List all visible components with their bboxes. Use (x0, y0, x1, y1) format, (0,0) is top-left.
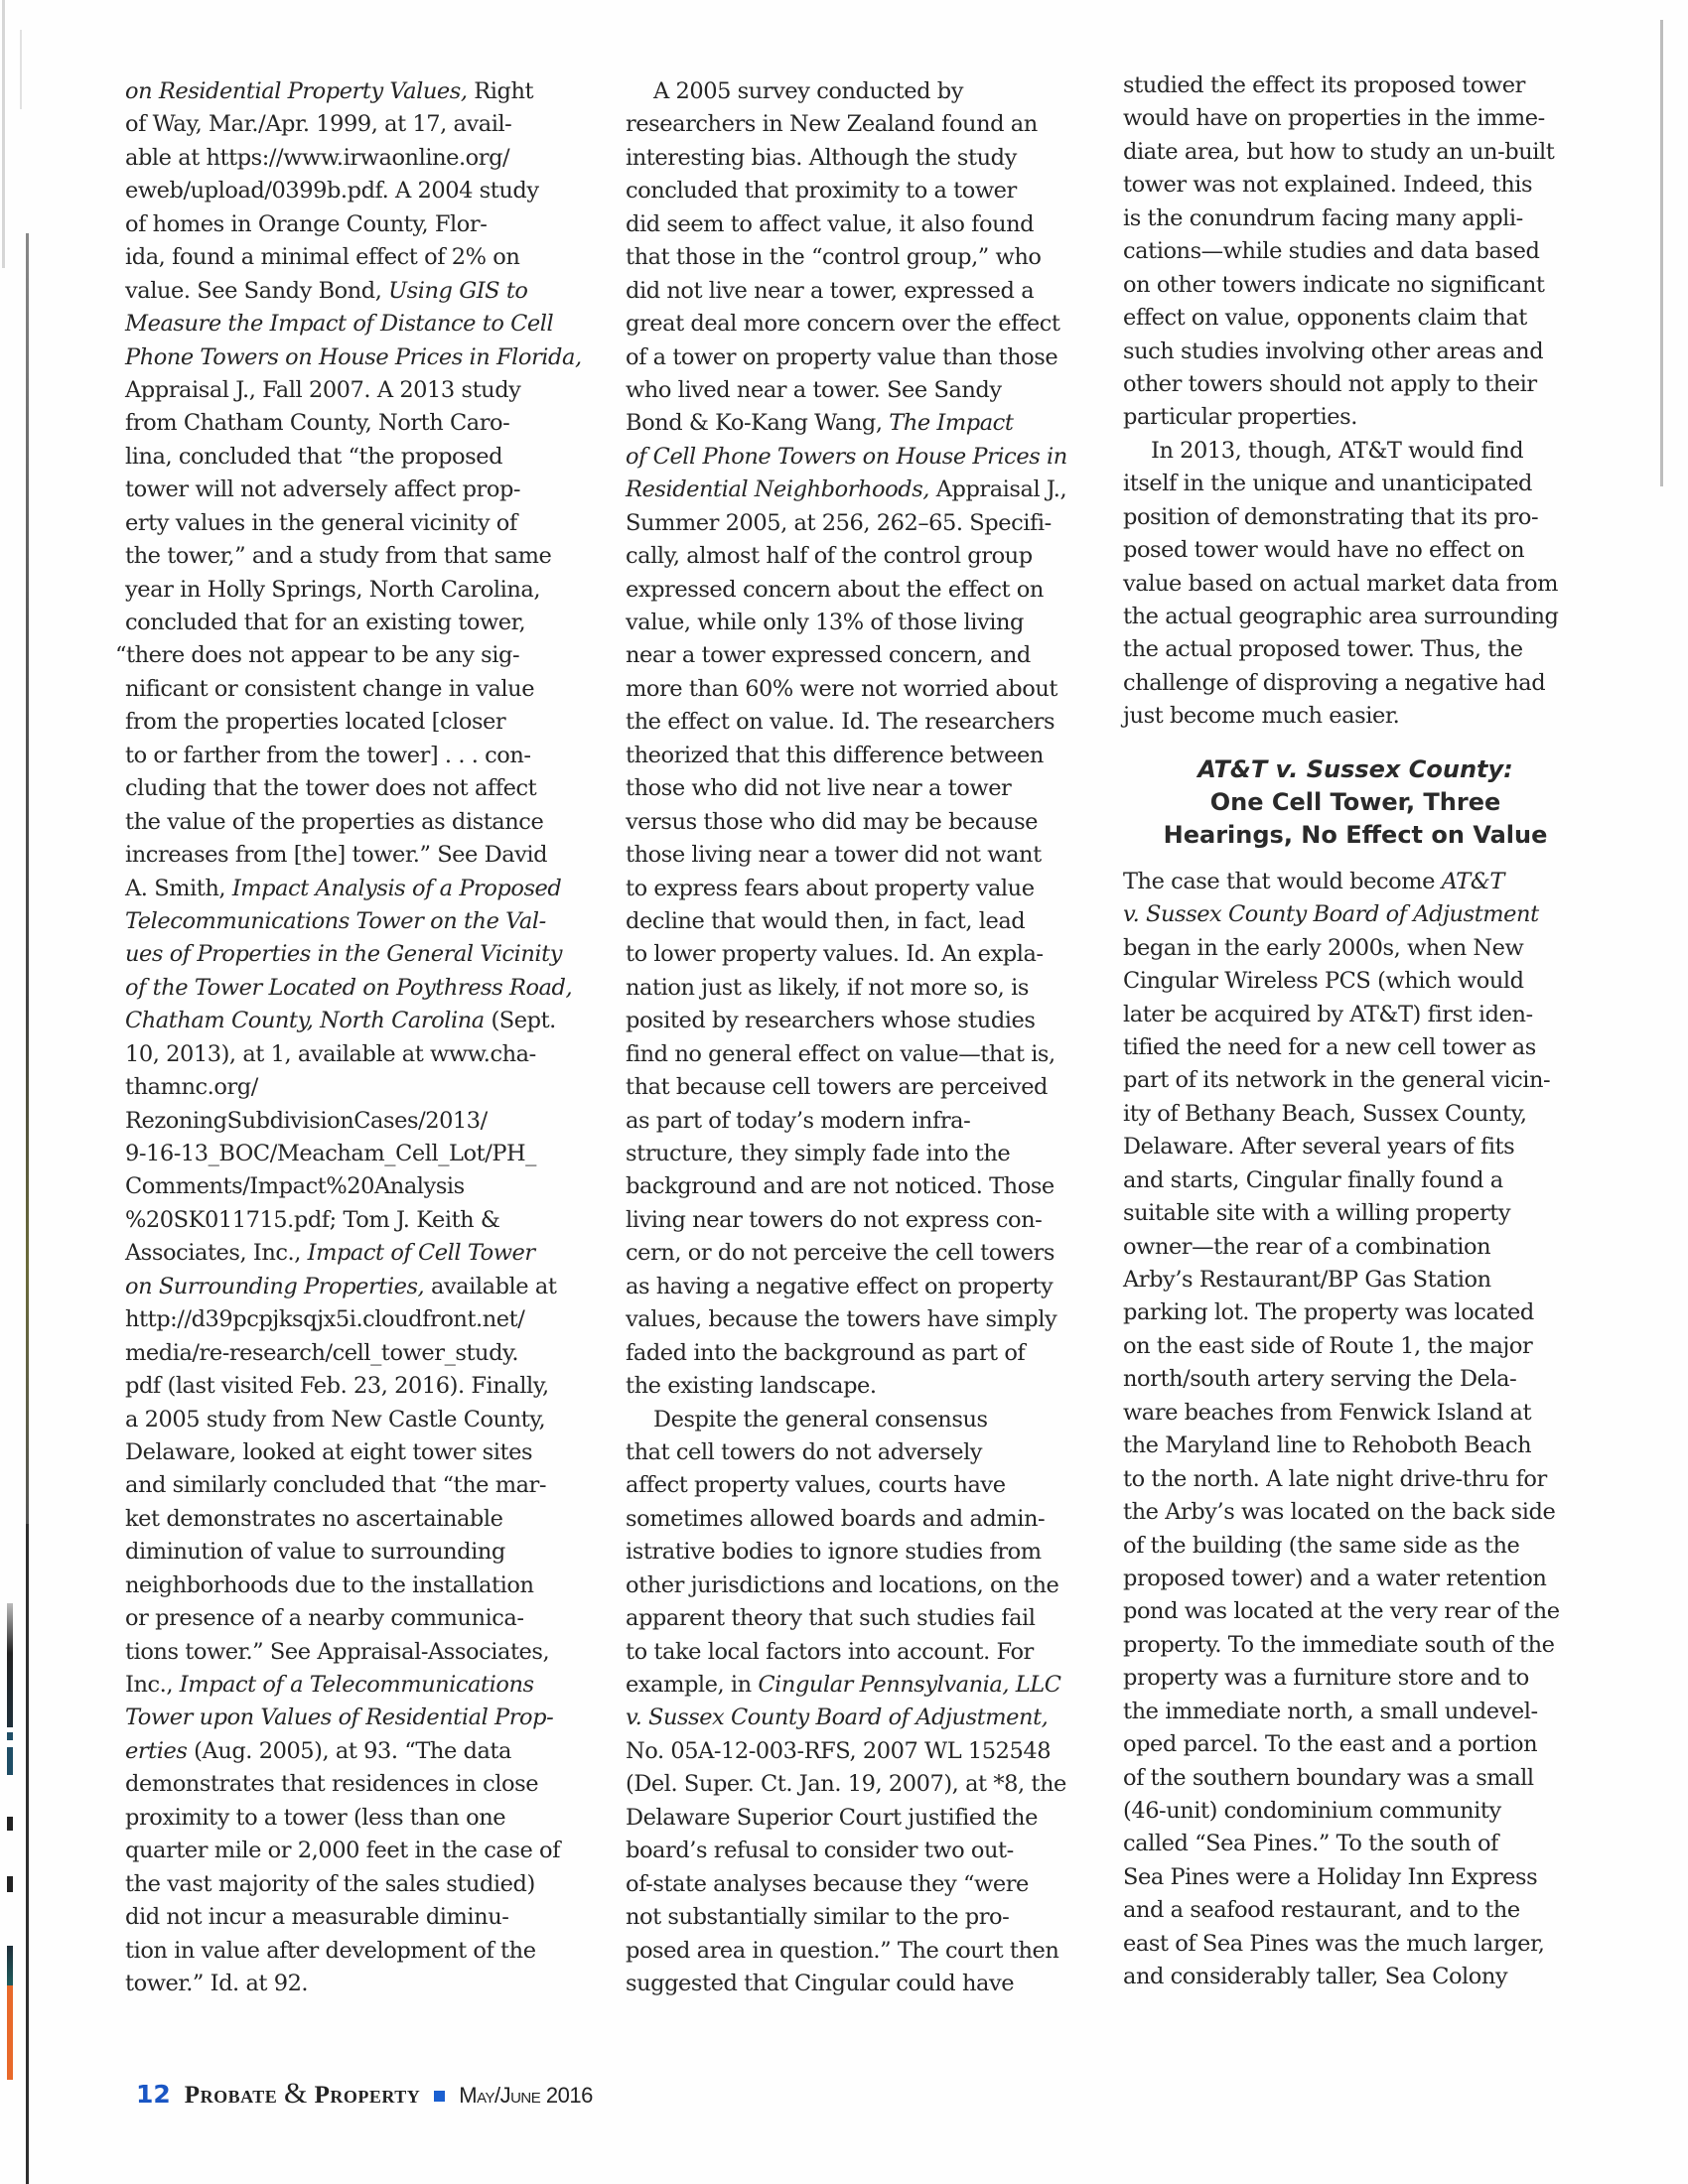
body-text: In 2013, though, AT&T would find (1151, 438, 1523, 464)
body-text: as having a negative effect on property (626, 1274, 1053, 1299)
text-line: diminution of value to surrounding (125, 1536, 592, 1569)
body-text: later be acquired by AT&T) first iden- (1123, 1002, 1533, 1027)
text-line: affect property values, courts have (626, 1469, 1092, 1502)
magazine-title-part-1: Probate (185, 2082, 277, 2109)
text-line: that because cell towers are perceived (626, 1071, 1092, 1104)
text-line: tion in value after development of the (125, 1935, 592, 1968)
text-line: the actual geographic area surrounding (1123, 601, 1600, 633)
italic-citation-text: erties (125, 1738, 187, 1764)
body-text: istrative bodies to ignore studies from (626, 1539, 1042, 1565)
body-text: the actual geographic area surrounding (1123, 604, 1559, 629)
body-text: posed tower would have no effect on (1123, 537, 1524, 563)
body-text: those who did not live near a tower (626, 775, 1011, 801)
body-text: 10, 2013), at 1, available at www.cha- (125, 1041, 536, 1067)
text-line: on other towers indicate no significant (1123, 269, 1600, 302)
italic-citation-text: Measure the Impact of Distance to Cell (125, 311, 553, 337)
body-text: to or farther from the tower] . . . con- (125, 743, 531, 768)
body-text: quarter mile or 2,000 feet in the case o… (125, 1838, 560, 1863)
body-text: tified the need for a new cell tower as (1123, 1034, 1536, 1060)
body-text: such studies involving other areas and (1123, 339, 1543, 364)
text-column-middle: A 2005 survey conducted byresearchers in… (626, 75, 1092, 2000)
text-line: the effect on value. Id. The researchers (626, 706, 1092, 739)
text-line: Chatham County, North Carolina (Sept. (125, 1005, 592, 1037)
text-line: media/re-research/cell_tower_study. (125, 1337, 592, 1370)
text-line: The case that would become AT&T (1123, 866, 1600, 898)
body-text: did not live near a tower, expressed a (626, 278, 1034, 304)
text-line: the value of the properties as distance (125, 806, 592, 839)
binding-edge-line (26, 1524, 29, 2184)
separator-square-icon (434, 2091, 445, 2102)
text-line: diate area, but how to study an un-built (1123, 136, 1600, 169)
text-line: the Arby’s was located on the back side (1123, 1496, 1600, 1529)
text-line: and considerably taller, Sea Colony (1123, 1961, 1600, 1993)
body-text: other towers should not apply to their (1123, 371, 1537, 397)
text-line: interesting bias. Although the study (626, 142, 1092, 175)
text-line: of-state analyses because they “were (626, 1868, 1092, 1901)
body-text: of-state analyses because they “were (626, 1871, 1029, 1897)
body-text: thamnc.org/ (125, 1074, 258, 1100)
text-line: not substantially similar to the pro- (626, 1901, 1092, 1934)
text-line: suitable site with a willing property (1123, 1197, 1600, 1230)
text-line: effect on value, opponents claim that (1123, 302, 1600, 335)
text-line: from Chatham County, North Caro- (125, 407, 592, 440)
text-line: thamnc.org/ (125, 1071, 592, 1104)
text-line: cations—while studies and data based (1123, 235, 1600, 268)
body-text: and considerably taller, Sea Colony (1123, 1964, 1507, 1989)
text-line: RezoningSubdivisionCases/2013/ (125, 1105, 592, 1138)
magazine-page: on Residential Property Values, Rightof … (0, 0, 1688, 2184)
section-heading-line-2: One Cell Tower, Three (1117, 786, 1594, 819)
body-text: position of demonstrating that its pro- (1123, 504, 1538, 530)
italic-citation-text: Residential Neighborhoods, (626, 477, 929, 502)
page-number: 12 (136, 2080, 171, 2109)
body-text: tower.” Id. at 92. (125, 1971, 308, 1996)
text-line: just become much easier. (1123, 700, 1600, 733)
italic-citation-text: v. Sussex County Board of Adjustment (1123, 901, 1539, 927)
italic-citation-text: on Surrounding Properties, (125, 1274, 424, 1299)
italic-citation-text: Cingular Pennsylvania, LLC (758, 1672, 1060, 1698)
body-text: the existing landscape. (626, 1373, 877, 1399)
body-text: researchers in New Zealand found an (626, 111, 1038, 137)
text-line: to lower property values. Id. An expla- (626, 938, 1092, 971)
text-line: tions tower.” See Appraisal-Associates, (125, 1636, 592, 1669)
text-line: Summer 2005, at 256, 262–65. Specifi- (626, 507, 1092, 540)
text-line: the immediate north, a small undevel- (1123, 1696, 1600, 1728)
text-line: more than 60% were not worried about (626, 673, 1092, 706)
body-text: challenge of disproving a negative had (1123, 670, 1545, 696)
text-line: value based on actual market data from (1123, 568, 1600, 601)
body-text: nificant or consistent change in value (125, 676, 534, 702)
body-text: part of its network in the general vicin… (1123, 1067, 1550, 1093)
body-text: north/south artery serving the Dela- (1123, 1366, 1516, 1392)
section-heading-line-3: Hearings, No Effect on Value (1117, 819, 1594, 852)
body-text: increases from [the] tower.” See David (125, 842, 547, 868)
body-text: concluded that for an existing tower, (125, 610, 525, 635)
text-line: proposed tower) and a water retention (1123, 1563, 1600, 1595)
italic-citation-text: The Impact (889, 410, 1013, 436)
body-text: did not incur a measurable diminu- (125, 1904, 508, 1930)
body-text: diminution of value to surrounding (125, 1539, 505, 1565)
text-line: began in the early 2000s, when New (1123, 932, 1600, 965)
body-text: tion in value after development of the (125, 1938, 536, 1964)
body-text: (Del. Super. Ct. Jan. 19, 2007), at *8, … (626, 1771, 1066, 1797)
text-line: Sea Pines were a Holiday Inn Express (1123, 1861, 1600, 1894)
text-line: Appraisal J., Fall 2007. A 2013 study (125, 374, 592, 407)
italic-citation-text: on Residential Property Values, (125, 78, 468, 104)
body-text: apparent theory that such studies fail (626, 1605, 1036, 1631)
text-line: (46-unit) condominium community (1123, 1795, 1600, 1828)
text-line: researchers in New Zealand found an (626, 108, 1092, 141)
body-text: tower was not explained. Indeed, this (1123, 172, 1532, 198)
text-line: versus those who did may be because (626, 806, 1092, 839)
text-line: increases from [the] tower.” See David (125, 839, 592, 872)
text-line: and similarly concluded that “the mar- (125, 1469, 592, 1502)
body-text: sometimes allowed boards and admin- (626, 1506, 1045, 1532)
body-text: called “Sea Pines.” To the south of (1123, 1831, 1498, 1856)
text-line: studied the effect its proposed tower (1123, 69, 1600, 102)
text-line: istrative bodies to ignore studies from (626, 1536, 1092, 1569)
body-text: and a seafood restaurant, and to the (1123, 1897, 1520, 1923)
body-text: on other towers indicate no significant (1123, 272, 1544, 298)
text-line: In 2013, though, AT&T would find (1123, 435, 1600, 468)
text-line: decline that would then, in fact, lead (626, 905, 1092, 938)
text-line: A. Smith, Impact Analysis of a Proposed (125, 873, 592, 905)
text-line: nation just as likely, if not more so, i… (626, 972, 1092, 1005)
body-text: Cingular Wireless PCS (which would (1123, 968, 1524, 994)
body-text: concluded that proximity to a tower (626, 178, 1017, 204)
magazine-title: Probate & Property (185, 2077, 420, 2111)
text-line: of Way, Mar./Apr. 1999, at 17, avail- (125, 108, 592, 141)
text-line: erty values in the general vicinity of (125, 507, 592, 540)
body-text: near a tower expressed concern, and (626, 642, 1031, 668)
body-text: Delaware Superior Court justified the (626, 1805, 1038, 1831)
text-line: Delaware, looked at eight tower sites (125, 1436, 592, 1469)
text-line: north/south artery serving the Dela- (1123, 1363, 1600, 1396)
body-text: example, in (626, 1672, 758, 1698)
body-text: and similarly concluded that “the mar- (125, 1472, 546, 1498)
italic-citation-text: Using GIS to (388, 278, 527, 304)
text-line: proximity to a tower (less than one (125, 1802, 592, 1835)
text-line: who lived near a tower. See Sandy (626, 374, 1092, 407)
body-text: Comments/Impact%20Analysis (125, 1173, 465, 1199)
text-line: as having a negative effect on property (626, 1271, 1092, 1303)
text-line: Telecommunications Tower on the Val- (125, 905, 592, 938)
body-text: proposed tower) and a water retention (1123, 1566, 1546, 1591)
text-line: nificant or consistent change in value (125, 673, 592, 706)
body-text: Despite the general consensus (653, 1407, 988, 1433)
body-text: find no general effect on value—that is, (626, 1041, 1055, 1067)
text-line: find no general effect on value—that is, (626, 1038, 1092, 1071)
body-text: not substantially similar to the pro- (626, 1904, 1009, 1930)
text-line: eweb/upload/0399b.pdf. A 2004 study (125, 175, 592, 207)
text-line: other towers should not apply to their (1123, 368, 1600, 401)
text-line: would have on properties in the imme- (1123, 102, 1600, 135)
text-line: east of Sea Pines was the much larger, (1123, 1928, 1600, 1961)
body-text: that cell towers do not adversely (626, 1439, 982, 1465)
body-text: available at (424, 1274, 556, 1299)
color-registration-mark (7, 1747, 13, 1775)
body-text: A 2005 survey conducted by (653, 78, 963, 104)
text-line: later be acquired by AT&T) first iden- (1123, 999, 1600, 1031)
body-text: value. See Sandy Bond, (125, 278, 388, 304)
italic-citation-text: Chatham County, North Carolina (125, 1008, 485, 1033)
text-column-right: studied the effect its proposed towerwou… (1123, 69, 1600, 1994)
body-text: that because cell towers are perceived (626, 1074, 1048, 1100)
body-text: of a tower on property value than those (626, 344, 1057, 370)
text-line: other jurisdictions and locations, on th… (626, 1570, 1092, 1602)
body-text: erty values in the general vicinity of (125, 510, 517, 536)
body-text: (Aug. 2005), at 93. “The data (187, 1738, 511, 1764)
text-line: great deal more concern over the effect (626, 308, 1092, 341)
body-text: those living near a tower did not want (626, 842, 1042, 868)
text-line: year in Holly Springs, North Carolina, (125, 574, 592, 607)
body-text: owner—the rear of a combination (1123, 1234, 1490, 1260)
color-registration-mark (7, 1603, 13, 1727)
text-line: v. Sussex County Board of Adjustment, (626, 1702, 1092, 1734)
body-text: expressed concern about the effect on (626, 577, 1044, 603)
text-line: posited by researchers whose studies (626, 1005, 1092, 1037)
italic-citation-text: Phone Towers on House Prices in Florida, (125, 344, 582, 370)
right-column-section-body: The case that would become AT&Tv. Sussex… (1123, 866, 1600, 1994)
scan-right-edge (1660, 20, 1663, 486)
body-text: versus those who did may be because (626, 809, 1038, 835)
body-text: did seem to affect value, it also found (626, 211, 1034, 237)
body-text: began in the early 2000s, when New (1123, 935, 1523, 961)
text-line: ket demonstrates no ascertainable (125, 1503, 592, 1536)
body-text: other jurisdictions and locations, on th… (626, 1572, 1058, 1598)
text-line: to or farther from the tower] . . . con- (125, 740, 592, 772)
text-line: ida, found a minimal effect of 2% on (125, 241, 592, 274)
text-line: those living near a tower did not want (626, 839, 1092, 872)
text-line: 9-16-13_BOC/Meacham_Cell_Lot/PH_ (125, 1138, 592, 1170)
text-line: oped parcel. To the east and a portion (1123, 1728, 1600, 1761)
body-text: the actual proposed tower. Thus, the (1123, 636, 1523, 662)
text-line: challenge of disproving a negative had (1123, 667, 1600, 700)
body-text: demonstrates that residences in close (125, 1771, 538, 1797)
text-line: Tower upon Values of Residential Prop- (125, 1702, 592, 1734)
body-text: a 2005 study from New Castle County, (125, 1407, 545, 1433)
body-text: eweb/upload/0399b.pdf. A 2004 study (125, 178, 539, 204)
text-line: value. See Sandy Bond, Using GIS to (125, 275, 592, 308)
text-line: living near towers do not express con- (626, 1204, 1092, 1237)
body-text: as part of today’s modern infra- (626, 1108, 970, 1134)
body-text: Inc., (125, 1672, 180, 1698)
text-line: A 2005 survey conducted by (626, 75, 1092, 108)
text-line: Despite the general consensus (626, 1404, 1092, 1436)
text-line: “there does not appear to be any sig- (115, 639, 592, 672)
text-line: lina, concluded that “the proposed (125, 441, 592, 474)
text-line: itself in the unique and unanticipated (1123, 468, 1600, 500)
body-text: theorized that this difference between (626, 743, 1044, 768)
text-line: Phone Towers on House Prices in Florida, (125, 341, 592, 374)
text-line: of the building (the same side as the (1123, 1530, 1600, 1563)
text-line: and a seafood restaurant, and to the (1123, 1894, 1600, 1927)
text-line: of the Tower Located on Poythress Road, (125, 972, 592, 1005)
color-registration-mark (7, 1876, 13, 1892)
text-line: of homes in Orange County, Flor- (125, 208, 592, 241)
issue-date: May/June 2016 (459, 2083, 593, 2109)
body-text: is the conundrum facing many appli- (1123, 205, 1523, 231)
text-line: property was a furniture store and to (1123, 1662, 1600, 1695)
body-text: studied the effect its proposed tower (1123, 72, 1525, 98)
body-text: board’s refusal to consider two out- (626, 1838, 1014, 1863)
text-line: structure, they simply fade into the (626, 1138, 1092, 1170)
section-heading: AT&T v. Sussex County: One Cell Tower, T… (1123, 734, 1600, 866)
text-line: a 2005 study from New Castle County, (125, 1404, 592, 1436)
body-text: cations—while studies and data based (1123, 238, 1539, 264)
body-text: RezoningSubdivisionCases/2013/ (125, 1108, 488, 1134)
body-text: living near towers do not express con- (626, 1207, 1042, 1233)
body-text: itself in the unique and unanticipated (1123, 471, 1532, 496)
text-line: posed tower would have no effect on (1123, 534, 1600, 567)
text-line: to take local factors into account. For (626, 1636, 1092, 1669)
text-line: tower was not explained. Indeed, this (1123, 169, 1600, 202)
text-line: http://d39pcpjksqjx5i.cloudfront.net/ (125, 1303, 592, 1336)
body-text: effect on value, opponents claim that (1123, 305, 1527, 331)
body-text: nation just as likely, if not more so, i… (626, 975, 1029, 1001)
body-text: east of Sea Pines was the much larger, (1123, 1931, 1545, 1957)
text-line: owner—the rear of a combination (1123, 1231, 1600, 1264)
text-line: Cingular Wireless PCS (which would (1123, 965, 1600, 998)
body-text: more than 60% were not worried about (626, 676, 1057, 702)
body-text: who lived near a tower. See Sandy (626, 377, 1002, 403)
body-text: ket demonstrates no ascertainable (125, 1506, 503, 1532)
body-text: value, while only 13% of those living (626, 610, 1024, 635)
text-line: theorized that this difference between (626, 740, 1092, 772)
text-line: Comments/Impact%20Analysis (125, 1170, 592, 1203)
body-text: pond was located at the very rear of the (1123, 1598, 1560, 1624)
magazine-title-ampersand: & (284, 2077, 308, 2110)
text-line: such studies involving other areas and (1123, 336, 1600, 368)
text-line: example, in Cingular Pennsylvania, LLC (626, 1669, 1092, 1702)
body-text: The case that would become (1123, 869, 1442, 894)
body-text: No. 05A-12-003-RFS, 2007 WL 152548 (626, 1738, 1051, 1764)
scan-edge-shadow (2, 0, 5, 268)
body-text: faded into the background as part of (626, 1340, 1025, 1366)
body-text: or presence of a nearby communica- (125, 1605, 524, 1631)
body-text: that those in the “control group,” who (626, 244, 1042, 270)
text-line: of a tower on property value than those (626, 341, 1092, 374)
right-column-continuation: studied the effect its proposed towerwou… (1123, 69, 1600, 734)
text-line: that those in the “control group,” who (626, 241, 1092, 274)
text-line: near a tower expressed concern, and (626, 639, 1092, 672)
text-line: or presence of a nearby communica- (125, 1602, 592, 1635)
body-text: tower will not adversely affect prop- (125, 477, 520, 502)
text-line: position of demonstrating that its pro- (1123, 501, 1600, 534)
body-text: to the north. A late night drive-thru fo… (1123, 1466, 1547, 1492)
text-line: Residential Neighborhoods, Appraisal J., (626, 474, 1092, 506)
body-text: posed area in question.” The court then (626, 1938, 1058, 1964)
text-line: suggested that Cingular could have (626, 1968, 1092, 2000)
body-text: Delaware. After several years of fits (1123, 1134, 1514, 1160)
text-line: tower will not adversely affect prop- (125, 474, 592, 506)
body-text: tions tower.” See Appraisal-Associates, (125, 1639, 549, 1665)
text-line: pond was located at the very rear of the (1123, 1595, 1600, 1628)
text-line: v. Sussex County Board of Adjustment (1123, 898, 1600, 931)
body-text: of Way, Mar./Apr. 1999, at 17, avail- (125, 111, 511, 137)
body-text: from Chatham County, North Caro- (125, 410, 509, 436)
text-line: as part of today’s modern infra- (626, 1105, 1092, 1138)
text-line: %20SK011715.pdf; Tom J. Keith & (125, 1204, 592, 1237)
text-line: on Surrounding Properties, available at (125, 1271, 592, 1303)
text-line: from the properties located [closer (125, 706, 592, 739)
italic-citation-text: ues of Properties in the General Vicinit… (125, 941, 562, 967)
body-text: (46-unit) condominium community (1123, 1798, 1501, 1824)
text-line: Inc., Impact of a Telecommunications (125, 1669, 592, 1702)
text-line: on Residential Property Values, Right (125, 75, 592, 108)
italic-citation-text: Impact of a Telecommunications (180, 1672, 534, 1698)
body-text: the vast majority of the sales studied) (125, 1871, 535, 1897)
text-line: No. 05A-12-003-RFS, 2007 WL 152548 (626, 1735, 1092, 1768)
body-text: the effect on value. Id. The researchers (626, 709, 1055, 735)
body-text: the value of the properties as distance (125, 809, 543, 835)
text-line: quarter mile or 2,000 feet in the case o… (125, 1835, 592, 1867)
body-text: neighborhoods due to the installation (125, 1572, 534, 1598)
italic-citation-text: Impact of Cell Tower (308, 1240, 535, 1266)
color-registration-mark (7, 1817, 13, 1831)
body-text: structure, they simply fade into the (626, 1141, 1010, 1166)
body-text: lina, concluded that “the proposed (125, 444, 502, 470)
text-line: cern, or do not perceive the cell towers (626, 1237, 1092, 1270)
text-line: that cell towers do not adversely (626, 1436, 1092, 1469)
text-line: cluding that the tower does not affect (125, 772, 592, 805)
text-line: parking lot. The property was located (1123, 1297, 1600, 1329)
text-line: values, because the towers have simply (626, 1303, 1092, 1336)
text-line: did not live near a tower, expressed a (626, 275, 1092, 308)
body-text: background and are not noticed. Those (626, 1173, 1055, 1199)
body-text: pdf (last visited Feb. 23, 2016). Finall… (125, 1373, 549, 1399)
italic-citation-text: v. Sussex County Board of Adjustment, (626, 1705, 1048, 1730)
body-text: able at https://www.irwaonline.org/ (125, 145, 509, 171)
text-line: on the east side of Route 1, the major (1123, 1330, 1600, 1363)
body-text: of the building (the same side as the (1123, 1533, 1519, 1559)
body-text: A. Smith, (125, 876, 232, 901)
text-line: to the north. A late night drive-thru fo… (1123, 1463, 1600, 1496)
body-text: the immediate north, a small undevel- (1123, 1699, 1538, 1724)
body-text: cluding that the tower does not affect (125, 775, 536, 801)
text-line: the existing landscape. (626, 1370, 1092, 1403)
text-line: Measure the Impact of Distance to Cell (125, 308, 592, 341)
body-text: just become much easier. (1123, 703, 1399, 729)
italic-citation-text: of Cell Phone Towers on House Prices in (626, 444, 1067, 470)
body-text: affect property values, courts have (626, 1472, 1006, 1498)
text-line: (Del. Super. Ct. Jan. 19, 2007), at *8, … (626, 1768, 1092, 1801)
text-line: Arby’s Restaurant/BP Gas Station (1123, 1264, 1600, 1297)
italic-citation-text: of the Tower Located on Poythress Road, (125, 975, 572, 1001)
body-text: 9-16-13_BOC/Meacham_Cell_Lot/PH_ (125, 1141, 536, 1166)
body-text: (Sept. (485, 1008, 556, 1033)
body-text: suitable site with a willing property (1123, 1200, 1510, 1226)
binding-edge-line (26, 233, 29, 1524)
color-registration-mark-orange (7, 1985, 13, 2080)
body-text: Summer 2005, at 256, 262–65. Specifi- (626, 510, 1052, 536)
body-text: would have on properties in the imme- (1123, 105, 1545, 131)
body-text: “there does not appear to be any sig- (115, 642, 519, 668)
body-text: interesting bias. Although the study (626, 145, 1017, 171)
text-line: ity of Bethany Beach, Sussex County, (1123, 1098, 1600, 1131)
body-text: Sea Pines were a Holiday Inn Express (1123, 1864, 1537, 1890)
text-line: Associates, Inc., Impact of Cell Tower (125, 1237, 592, 1270)
text-line: faded into the background as part of (626, 1337, 1092, 1370)
text-line: is the conundrum facing many appli- (1123, 203, 1600, 235)
body-text: from the properties located [closer (125, 709, 505, 735)
magazine-title-part-2: Property (315, 2082, 421, 2109)
text-line: the tower,” and a study from that same (125, 540, 592, 573)
body-text: particular properties. (1123, 404, 1357, 430)
text-line: expressed concern about the effect on (626, 574, 1092, 607)
text-line: those who did not live near a tower (626, 772, 1092, 805)
body-text: ity of Bethany Beach, Sussex County, (1123, 1101, 1527, 1127)
